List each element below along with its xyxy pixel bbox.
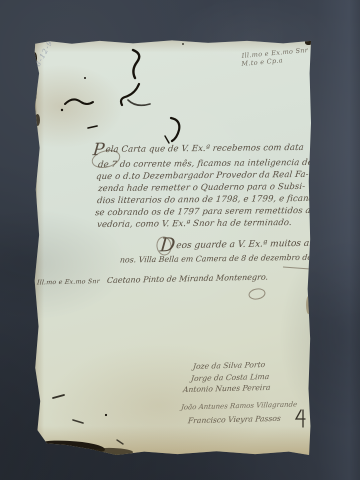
manuscript-page: 8-12-99 Ill.mo e Ex.mo Snr M.to e Cp.a (33, 40, 311, 455)
flourish-rubric (248, 288, 265, 301)
ink-blot (171, 118, 179, 141)
ink-blot (65, 99, 93, 104)
ink-dot (61, 109, 63, 111)
letter-body-text: ela Carta que de V. Ex.ª recebemos com d… (105, 143, 304, 155)
ink-blot (53, 395, 64, 398)
ink-blot (133, 50, 139, 78)
ink-blot (88, 126, 97, 128)
addressee-honorific: Ill.mo e Ex.mo Snr (37, 278, 100, 286)
ink-dot (84, 77, 86, 79)
date-underline (283, 267, 310, 269)
ink-blot (165, 136, 169, 143)
ink-dot (182, 43, 184, 45)
ink-blot (128, 100, 150, 105)
ink-blot (117, 440, 123, 444)
letter-body-line: vedoria, como V. Ex.ª Snor ha de termina… (97, 218, 293, 230)
drop-cap: D (159, 234, 176, 256)
edge-stain-left (33, 100, 37, 230)
ink-blot (73, 420, 83, 423)
photo-background: 8-12-99 Ill.mo e Ex.mo Snr M.to e Cp.a (0, 0, 360, 480)
ink-dot (105, 414, 107, 416)
drop-cap: P (92, 140, 105, 160)
signature: Joze da Silva Porto (193, 360, 266, 371)
ink-mark-bottom-right (296, 410, 305, 427)
